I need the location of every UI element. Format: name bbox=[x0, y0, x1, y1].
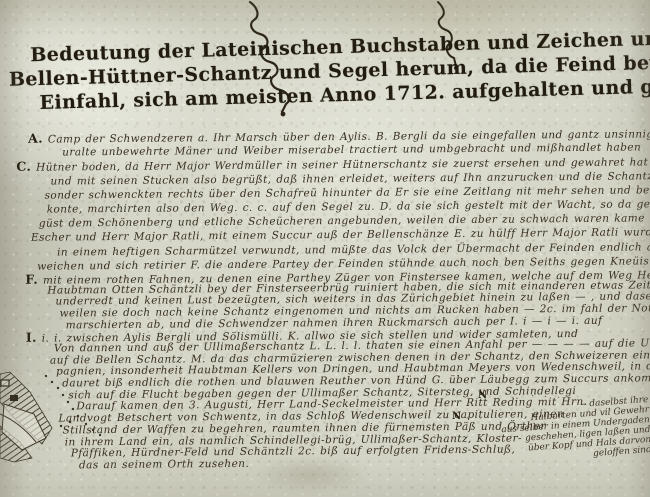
n-marker: N bbox=[478, 390, 487, 401]
item-letter: A. bbox=[28, 131, 43, 146]
manuscript-page: Bedeutung der Lateinischen Buchstaben un… bbox=[0, 0, 650, 497]
item-letter: I. bbox=[26, 330, 37, 345]
dotted-trail: · · bbox=[466, 414, 486, 423]
title-block: Bedeutung der Lateinischen Buchstaben un… bbox=[0, 27, 642, 116]
item-letter: C. bbox=[16, 159, 31, 174]
margin-note-block: – daselbst ihre Halbarten und vil Gewehr… bbox=[498, 395, 650, 465]
item-letter: F. bbox=[25, 272, 38, 287]
n-marker: N bbox=[452, 411, 461, 422]
